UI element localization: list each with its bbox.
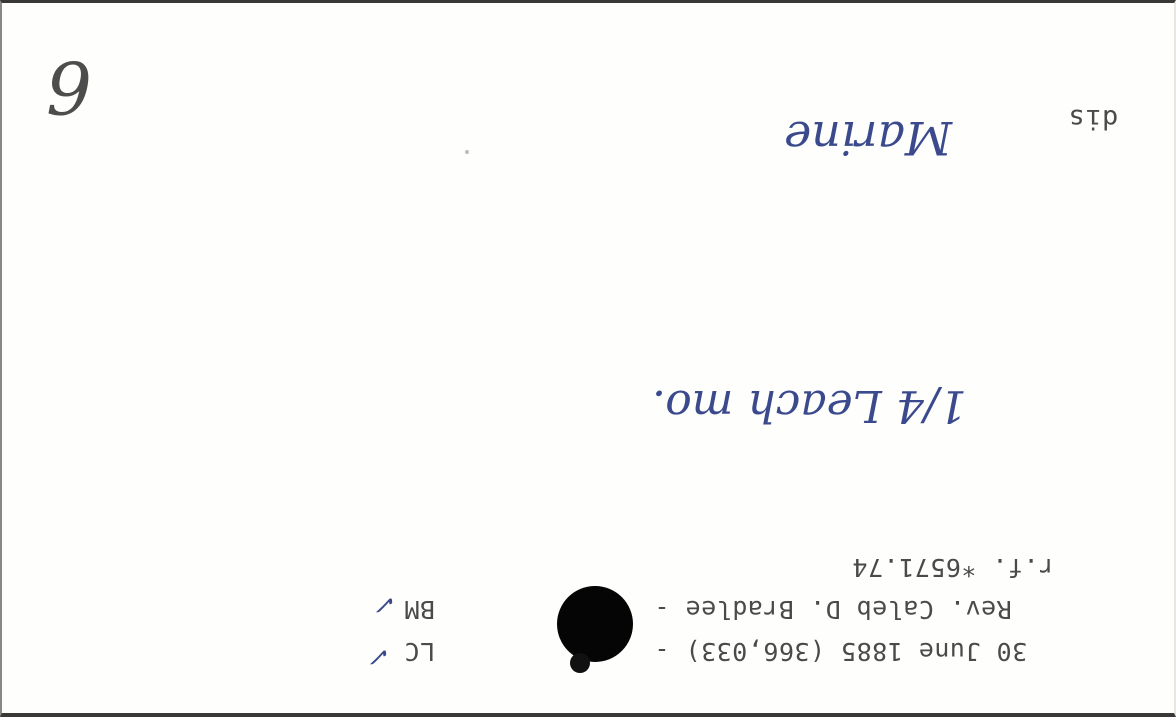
check-mark-icon: ✓	[370, 643, 392, 669]
location-code-lc: LC	[404, 639, 435, 664]
subject-typed: dis	[1068, 105, 1118, 132]
check-mark-icon: ✓	[376, 591, 398, 617]
catalog-card: 6 dis Marine 1/4 Leach mo. r.f. *6571.74…	[0, 0, 1176, 717]
punch-hole-tab	[570, 653, 590, 673]
corner-number: 6	[46, 51, 92, 123]
subject-handwritten: Marine	[784, 115, 952, 161]
entry-line-1: 30 June 1885 (366,033) -	[654, 639, 1027, 664]
paper-speck	[465, 150, 469, 154]
location-code-bm: BM	[404, 597, 435, 622]
note-handwritten: 1/4 Leach mo.	[652, 383, 967, 427]
entry-line-2: Rev. Caleb D. Bradlee -	[654, 597, 1012, 622]
punch-hole	[557, 586, 633, 662]
entry-line-3: r.f. *6571.74	[852, 555, 1054, 580]
